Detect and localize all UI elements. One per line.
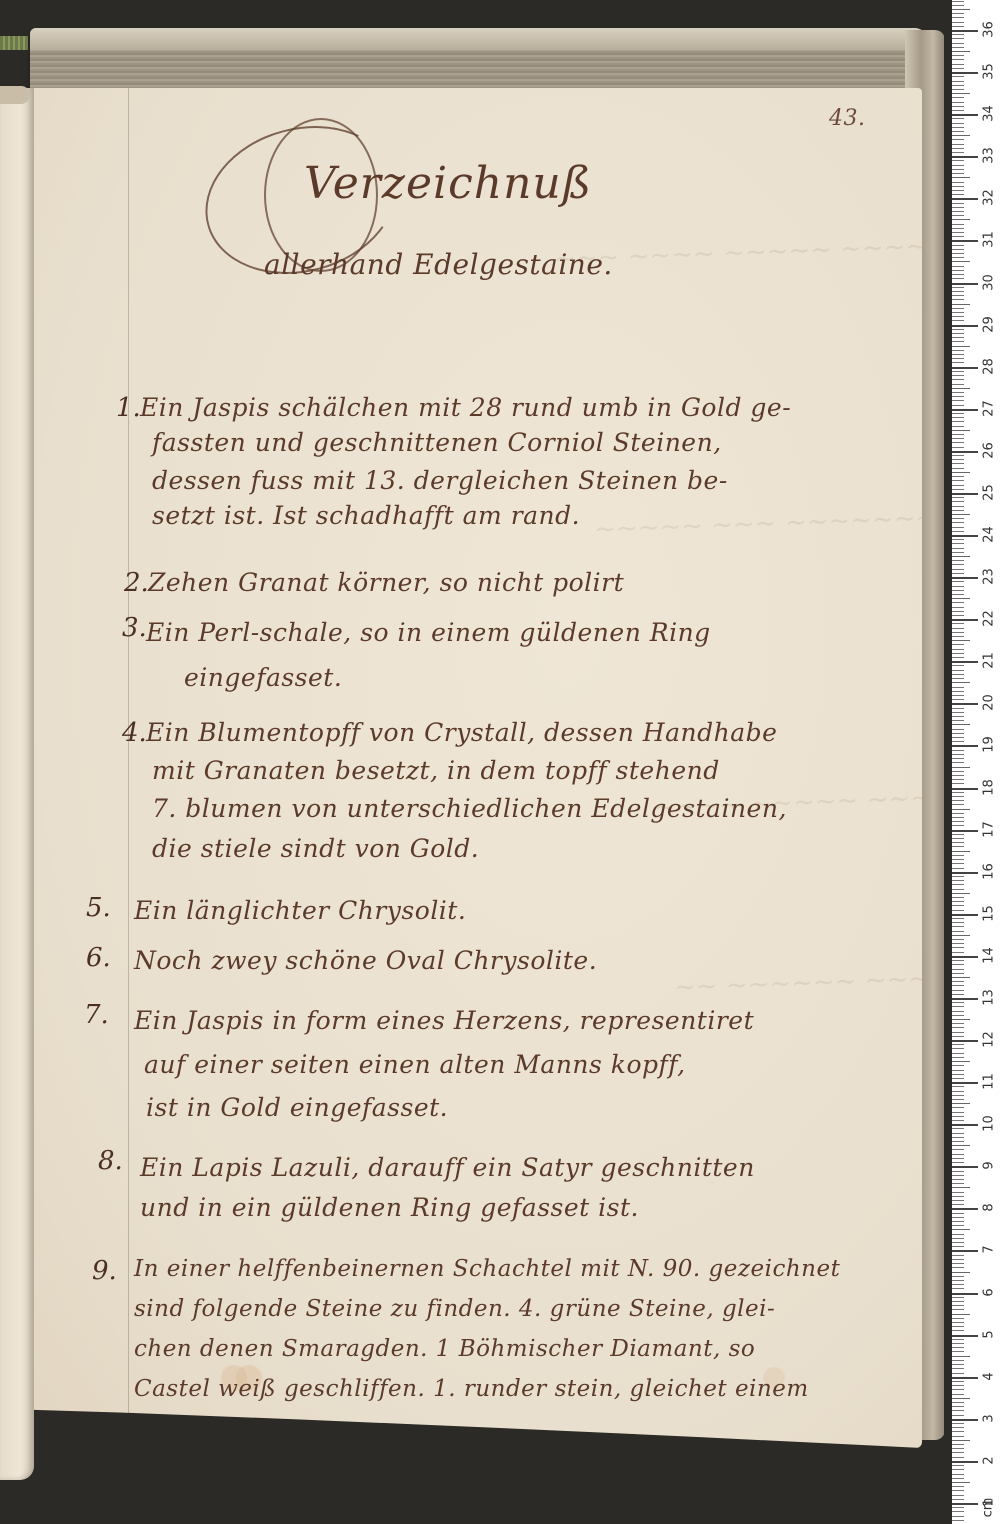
ruler-tick <box>952 1272 970 1273</box>
ruler-tick <box>952 543 964 544</box>
ruler-label: 16 <box>982 860 997 882</box>
ruler-tick <box>952 1250 978 1252</box>
ruler-tick <box>952 1107 964 1108</box>
ruler-tick <box>952 375 964 376</box>
ruler-tick <box>952 1099 964 1100</box>
ruler-tick <box>952 1070 964 1071</box>
ruler-tick <box>952 135 970 136</box>
ruler-tick <box>952 148 964 149</box>
ruler-tick <box>952 1044 964 1045</box>
ruler-tick <box>952 1082 978 1084</box>
entry-line: Ein Jaspis in form eines Herzens, repres… <box>134 1006 754 1035</box>
ruler-shadow <box>944 0 952 1524</box>
ruler-tick <box>952 68 964 69</box>
ruler-tick <box>952 426 964 427</box>
ruler-tick <box>952 1356 970 1357</box>
ruler-tick <box>952 287 964 288</box>
ruler-tick <box>952 266 964 267</box>
ruler-tick <box>952 34 964 35</box>
ruler-label: 6 <box>982 1281 997 1303</box>
ruler-tick <box>952 720 964 721</box>
ruler-tick <box>952 741 964 742</box>
ruler-tick <box>952 55 964 56</box>
ruler-tick <box>952 855 964 856</box>
ruler-tick <box>952 1330 964 1331</box>
entry-line: In einer helffenbeinernen Schachtel mit … <box>134 1256 840 1282</box>
ruler-tick <box>952 838 964 839</box>
ruler-tick <box>952 1095 964 1096</box>
ruler-label: 3 <box>982 1407 997 1429</box>
ruler-tick <box>952 804 964 805</box>
ruler-tick <box>952 38 964 39</box>
ruler-tick <box>952 211 964 212</box>
ruler-tick <box>952 653 964 654</box>
ruler-label: 27 <box>982 397 997 419</box>
ruler-tick <box>952 1023 964 1024</box>
ruler-tick <box>952 834 964 835</box>
ruler-tick <box>952 270 964 271</box>
ruler-tick <box>952 1015 964 1016</box>
ruler-tick <box>952 1 964 2</box>
ruler-tick <box>952 114 978 116</box>
ruler-tick <box>952 253 964 254</box>
ruler-tick <box>952 312 964 313</box>
ruler-tick <box>952 1208 978 1210</box>
entry-number: 6. <box>86 943 111 973</box>
ruler-tick <box>952 767 970 768</box>
ruler-tick <box>952 379 964 380</box>
ruler-tick <box>952 611 964 612</box>
ruler-tick <box>952 1381 964 1382</box>
entry-line: auf einer seiten einen alten Manns kopff… <box>144 1050 686 1079</box>
ruler-tick <box>952 1516 964 1517</box>
ruler-tick <box>952 1149 964 1150</box>
ruler-tick <box>952 1284 964 1285</box>
ruler-tick <box>952 800 964 801</box>
ruler-tick <box>952 1128 964 1129</box>
ruler-label: 20 <box>982 692 997 714</box>
ruler-tick <box>952 81 964 82</box>
ruler-tick <box>952 497 964 498</box>
ruler-tick <box>952 1335 978 1337</box>
ruler-tick <box>952 1162 964 1163</box>
ruler-tick <box>952 64 964 65</box>
ruler-tick <box>952 1436 964 1437</box>
ruler-tick <box>952 602 964 603</box>
ruler-tick <box>952 1048 964 1049</box>
ruler-label: 8 <box>982 1197 997 1219</box>
ruler-tick <box>952 851 970 852</box>
ruler-tick <box>952 775 964 776</box>
ruler-tick <box>952 943 964 944</box>
ruler-tick <box>952 392 964 393</box>
entry-number: 2. <box>124 568 149 598</box>
ruler-tick <box>952 1444 964 1445</box>
ruler-tick <box>952 139 964 140</box>
ruler-tick <box>952 1196 964 1197</box>
ruler-tick <box>952 472 970 473</box>
ruler-tick <box>952 560 964 561</box>
ruler-tick <box>952 821 964 822</box>
ruler-tick <box>952 468 964 469</box>
ruler-tick <box>952 219 970 220</box>
ruler-tick <box>952 1133 964 1134</box>
ruler-tick <box>952 9 970 10</box>
ruler-tick <box>952 190 964 191</box>
ruler-label: 5 <box>982 1323 997 1345</box>
ruler-tick <box>952 745 978 747</box>
ruler-tick <box>952 261 970 262</box>
ruler-tick <box>952 1402 964 1403</box>
ruler-tick <box>952 1171 964 1172</box>
entry-line: Ein Jaspis schälchen mit 28 rund umb in … <box>140 393 791 422</box>
ruler-tick <box>952 325 978 327</box>
ruler-tick <box>952 1343 964 1344</box>
ruler-tick <box>952 607 964 608</box>
ruler-tick <box>952 931 964 932</box>
ruler-tick <box>952 1520 964 1521</box>
entry-line: Ein Lapis Lazuli, darauff ein Satyr gesc… <box>140 1153 755 1182</box>
book-top-edge-highlight <box>30 28 930 50</box>
ruler-tick <box>952 1309 964 1310</box>
ruler-tick <box>952 573 964 574</box>
ruler-tick <box>952 203 964 204</box>
ruler-tick <box>952 581 964 582</box>
ruler-tick <box>952 863 964 864</box>
ruler-tick <box>952 615 964 616</box>
ruler-tick <box>952 278 964 279</box>
ruler-tick <box>952 341 964 342</box>
ruler-tick <box>952 1423 964 1424</box>
ruler-label: 30 <box>982 271 997 293</box>
ruler-tick <box>952 329 964 330</box>
ruler-tick <box>952 830 978 832</box>
entry-line: Zehen Granat körner, so nicht polirt <box>148 568 624 597</box>
ruler-tick <box>952 5 964 6</box>
entry-line: Ein länglichter Chrysolit. <box>134 896 466 925</box>
ruler-tick <box>952 1200 964 1201</box>
ruler-tick <box>952 1469 964 1470</box>
ruler-tick <box>952 733 964 734</box>
ruler-tick <box>952 47 964 48</box>
ruler-tick <box>952 1511 964 1512</box>
ruler-tick <box>952 1154 964 1155</box>
ruler-tick <box>952 17 964 18</box>
ruler-tick <box>952 72 978 74</box>
ruler-tick <box>952 156 978 158</box>
ruler-label: 4 <box>982 1365 997 1387</box>
ruler-label: 21 <box>982 650 997 672</box>
ruler-tick <box>952 792 964 793</box>
ruler-tick <box>952 194 964 195</box>
ruler-tick <box>952 169 964 170</box>
ruler-tick <box>952 228 964 229</box>
ruler-tick <box>952 796 964 797</box>
ruler-tick <box>952 527 964 528</box>
ruler-tick <box>952 1440 970 1441</box>
ruler-tick <box>952 249 964 250</box>
ruler-tick <box>952 661 978 663</box>
ruler-tick <box>952 480 964 481</box>
ruler-label: 22 <box>982 608 997 630</box>
bookmark-tab <box>0 36 28 50</box>
ruler-tick <box>952 758 964 759</box>
ruler-tick <box>952 1461 978 1463</box>
ruler-tick <box>952 1301 964 1302</box>
ruler-tick <box>952 1053 964 1054</box>
ruler-tick <box>952 1318 964 1319</box>
ruler-tick <box>952 1351 964 1352</box>
ruler-tick <box>952 224 964 225</box>
ruler-tick <box>952 1385 964 1386</box>
ruler-tick <box>952 1057 964 1058</box>
ruler-tick <box>952 1091 964 1092</box>
ruler-tick <box>952 1183 964 1184</box>
ruler-tick <box>952 636 964 637</box>
ruler-tick <box>952 1145 970 1146</box>
ruler-tick <box>952 922 964 923</box>
entry-line: sind folgende Steine zu finden. 4. grüne… <box>134 1296 775 1322</box>
ruler-tick <box>952 1238 964 1239</box>
ruler-label: 10 <box>982 1113 997 1135</box>
ruler-tick <box>952 409 978 411</box>
ruler-tick <box>952 771 964 772</box>
ruler-tick <box>952 1478 964 1479</box>
ruler-tick <box>952 1192 964 1193</box>
ruler-tick <box>952 299 964 300</box>
ruler-tick <box>952 118 964 119</box>
ruler-tick <box>952 510 964 511</box>
ruler-tick <box>952 1305 964 1306</box>
ruler-tick <box>952 724 970 725</box>
ruler-label: 33 <box>982 145 997 167</box>
ruler-tick <box>952 93 970 94</box>
ruler-tick <box>952 1166 978 1168</box>
ruler-label: 11 <box>982 1071 997 1093</box>
ruler-tick <box>952 640 970 641</box>
ruler-tick <box>952 754 964 755</box>
ruler-tick <box>952 973 964 974</box>
ruler-tick <box>952 123 964 124</box>
ruler-tick <box>952 564 964 565</box>
ruler-tick <box>952 1389 964 1390</box>
ruler-tick <box>952 1347 964 1348</box>
ruler-tick <box>952 1339 964 1340</box>
ruler-tick <box>952 939 964 940</box>
ruler-tick <box>952 1061 970 1062</box>
ruler-tick <box>952 89 964 90</box>
ruler-tick <box>952 880 964 881</box>
ruler-tick <box>952 232 964 233</box>
ruler-tick <box>952 1027 964 1028</box>
ruler-tick <box>952 699 964 700</box>
ruler-tick <box>952 1410 964 1411</box>
ruler-tick <box>952 1267 964 1268</box>
entry-line: dessen fuss mit 13. dergleichen Steinen … <box>152 466 728 495</box>
ruler-tick <box>952 333 964 334</box>
ruler-label: 23 <box>982 566 997 588</box>
ruler-tick <box>952 308 964 309</box>
ruler-tick <box>952 1065 964 1066</box>
ruler-tick <box>952 813 964 814</box>
ruler-tick <box>952 257 964 258</box>
ruler-label: 26 <box>982 439 997 461</box>
ruler-tick <box>952 985 964 986</box>
ruler-label: 15 <box>982 902 997 924</box>
ruler-tick <box>952 750 964 751</box>
ruler-tick <box>952 1368 964 1369</box>
ruler-tick <box>952 1187 970 1188</box>
ruler-tick <box>952 1221 964 1222</box>
ruler-tick <box>952 1255 964 1256</box>
ruler-tick <box>952 1019 970 1020</box>
ruler-label: 19 <box>982 734 997 756</box>
ruler-tick <box>952 85 964 86</box>
ruler-tick <box>952 598 970 599</box>
ruler-tick <box>952 1011 964 1012</box>
entry-line: eingefasset. <box>184 663 342 692</box>
ruler-tick <box>952 438 964 439</box>
ruler-label: 29 <box>982 313 997 335</box>
ruler-label: 18 <box>982 776 997 798</box>
ruler-label: 9 <box>982 1155 997 1177</box>
ruler-tick <box>952 405 964 406</box>
facing-page-left <box>0 88 34 1480</box>
ruler-tick <box>952 1078 964 1079</box>
ruler-tick <box>952 846 964 847</box>
ruler-tick <box>952 152 964 153</box>
ruler-tick <box>952 1086 964 1087</box>
entry-number: 4. <box>122 718 147 748</box>
ruler-tick <box>952 320 964 321</box>
ruler-tick <box>952 1276 964 1277</box>
entry-number: 9. <box>92 1256 117 1286</box>
ruler-tick <box>952 716 964 717</box>
ruler-tick <box>952 964 964 965</box>
ruler-tick <box>952 893 970 894</box>
ruler-tick <box>952 531 964 532</box>
ruler-tick <box>952 207 964 208</box>
ruler-tick <box>952 552 964 553</box>
ruler-tick <box>952 783 964 784</box>
ruler-tick <box>952 76 964 77</box>
ruler-label: 36 <box>982 19 997 41</box>
ruler-tick <box>952 1006 964 1007</box>
ruler-tick <box>952 240 978 242</box>
ruler-tick <box>952 421 964 422</box>
ruler-label: 35 <box>982 61 997 83</box>
ruler-tick <box>952 30 978 32</box>
ruler-tick <box>952 1419 978 1421</box>
ruler-tick <box>952 665 964 666</box>
ruler-tick <box>952 1179 964 1180</box>
ruler-tick <box>952 1360 964 1361</box>
ruler-tick <box>952 859 964 860</box>
ruler-tick <box>952 1175 964 1176</box>
ruler-tick <box>952 102 964 103</box>
ruler-tick <box>952 485 964 486</box>
ruler-tick <box>952 518 964 519</box>
ruler-tick <box>952 1280 964 1281</box>
ruler-tick <box>952 522 964 523</box>
entry-line: 7. blumen von unterschiedlichen Edelgest… <box>152 794 787 823</box>
ruler-tick <box>952 1225 964 1226</box>
ruler-label: 14 <box>982 944 997 966</box>
ruler-tick <box>952 1040 978 1042</box>
ruler-tick <box>952 1124 978 1126</box>
ruler-tick <box>952 687 964 688</box>
ruler-tick <box>952 400 964 401</box>
ruler-tick <box>952 506 964 507</box>
ruler-tick <box>952 1112 964 1113</box>
ruler-tick <box>952 590 964 591</box>
ruler-tick <box>952 236 964 237</box>
ruler-tick <box>952 177 970 178</box>
ruler-tick <box>952 1398 970 1399</box>
scale-ruler: cm 1234567891011121314151617181920212223… <box>952 0 1000 1524</box>
ruler-tick <box>952 1431 964 1432</box>
ruler-tick <box>952 447 964 448</box>
ruler-tick <box>952 594 964 595</box>
ruler-tick <box>952 1457 964 1458</box>
ruler-tick <box>952 1482 970 1483</box>
entry-line: fassten und geschnittenen Corniol Steine… <box>152 428 722 457</box>
entry-line: Castel weiß geschliffen. 1. runder stein… <box>134 1376 809 1402</box>
ruler-tick <box>952 451 978 453</box>
ruler-tick <box>952 358 964 359</box>
ruler-tick <box>952 1116 964 1117</box>
ruler-tick <box>952 1448 964 1449</box>
ruler-tick <box>952 442 964 443</box>
ruler-tick <box>952 354 964 355</box>
entry-number: 3. <box>122 613 147 643</box>
ruler-tick <box>952 367 978 369</box>
ruler-tick <box>952 388 970 389</box>
ruler-tick <box>952 337 964 338</box>
ruler-tick <box>952 182 964 183</box>
ruler-tick <box>952 1452 964 1453</box>
ruler-tick <box>952 556 970 557</box>
ruler-tick <box>952 1364 964 1365</box>
ruler-tick <box>952 1032 964 1033</box>
ruler-tick <box>952 1002 964 1003</box>
ruler-tick <box>952 396 964 397</box>
ruler-tick <box>952 283 978 285</box>
ruler-label: 32 <box>982 187 997 209</box>
ruler-tick <box>952 1234 964 1235</box>
ruler-tick <box>952 548 964 549</box>
ruler-tick <box>952 1036 964 1037</box>
ruler-tick <box>952 22 964 23</box>
ruler-tick <box>952 110 964 111</box>
ruler-tick <box>952 346 970 347</box>
ruler-tick <box>952 623 964 624</box>
entry-number: 8. <box>98 1146 123 1176</box>
ruler-tick <box>952 619 978 621</box>
ruler-tick <box>952 1229 970 1230</box>
ruler-tick <box>952 1242 964 1243</box>
ruler-tick <box>952 657 964 658</box>
ruler-tick <box>952 493 978 495</box>
ruler-tick <box>952 1394 964 1395</box>
ruler-tick <box>952 1263 964 1264</box>
ruler-tick <box>952 476 964 477</box>
ruler-tick <box>952 131 964 132</box>
ruler-label: 24 <box>982 524 997 546</box>
ruler-tick <box>952 569 964 570</box>
ruler-tick <box>952 691 964 692</box>
ruler-tick <box>952 51 970 52</box>
